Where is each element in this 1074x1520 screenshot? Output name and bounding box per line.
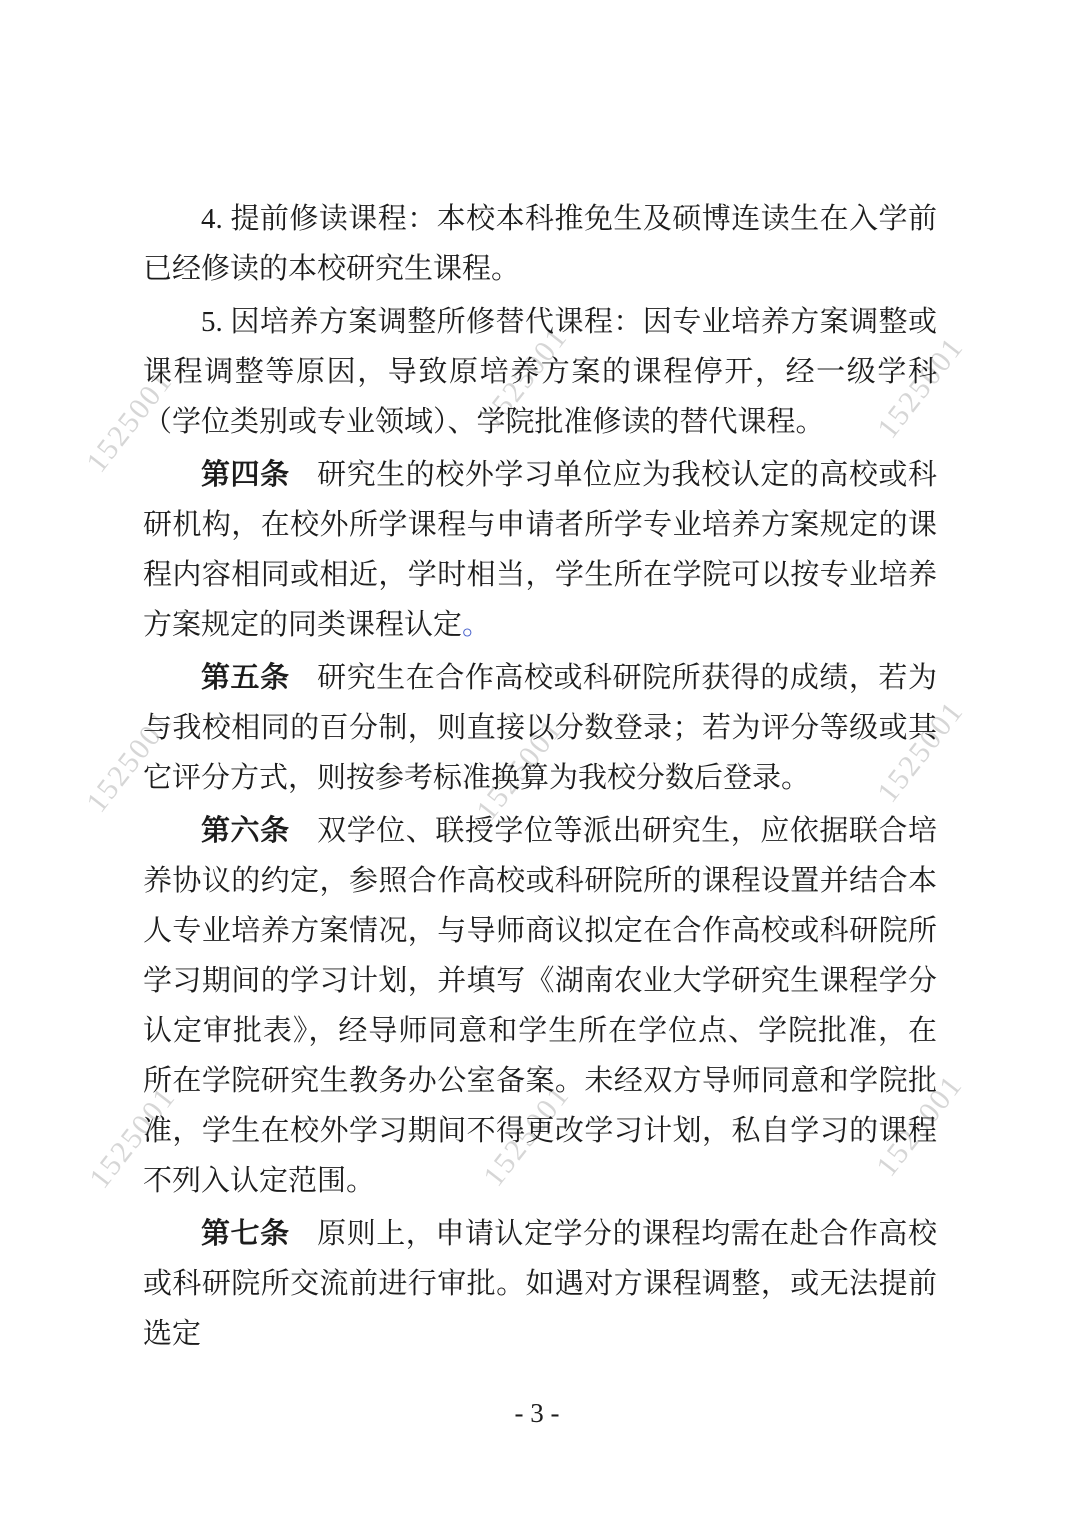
page-number: - 3 - (0, 1396, 1074, 1430)
document-page: 1525001152500115250011525001152500115250… (0, 0, 1074, 1520)
document-body: 4. 提前修读课程：本校本科推免生及硕博连读生在入学前已经修读的本校研究生课程。… (143, 194, 937, 1362)
article-7-paragraph: 第七条原则上，申请认定学分的课程均需在赴合作高校或科研院所交流前进行审批。如遇对… (143, 1209, 937, 1359)
article-4-paragraph: 第四条研究生的校外学习单位应为我校认定的高校或科研机构，在校外所学课程与申请者所… (143, 450, 937, 650)
article-6-paragraph: 第六条双学位、联授学位等派出研究生，应依据联合培养协议的约定，参照合作高校或科研… (143, 806, 937, 1206)
article-term: 第五条 (201, 662, 290, 694)
paragraph-text: 双学位、联授学位等派出研究生，应依据联合培养协议的约定，参照合作高校或科研院所的… (143, 815, 937, 1197)
paragraph-text: 5. 因培养方案调整所修替代课程：因专业培养方案调整或课程调整等原因，导致原培养… (143, 306, 937, 438)
article-term: 第四条 (201, 459, 290, 491)
blue-period: 。 (462, 609, 491, 641)
list-item-5: 5. 因培养方案调整所修替代课程：因专业培养方案调整或课程调整等原因，导致原培养… (143, 297, 937, 447)
article-term: 第六条 (201, 815, 290, 847)
paragraph-text: 4. 提前修读课程：本校本科推免生及硕博连读生在入学前已经修读的本校研究生课程。 (143, 203, 937, 285)
list-item-4: 4. 提前修读课程：本校本科推免生及硕博连读生在入学前已经修读的本校研究生课程。 (143, 194, 937, 294)
article-term: 第七条 (201, 1218, 290, 1250)
article-5-paragraph: 第五条研究生在合作高校或科研院所获得的成绩，若为与我校相同的百分制，则直接以分数… (143, 653, 937, 803)
